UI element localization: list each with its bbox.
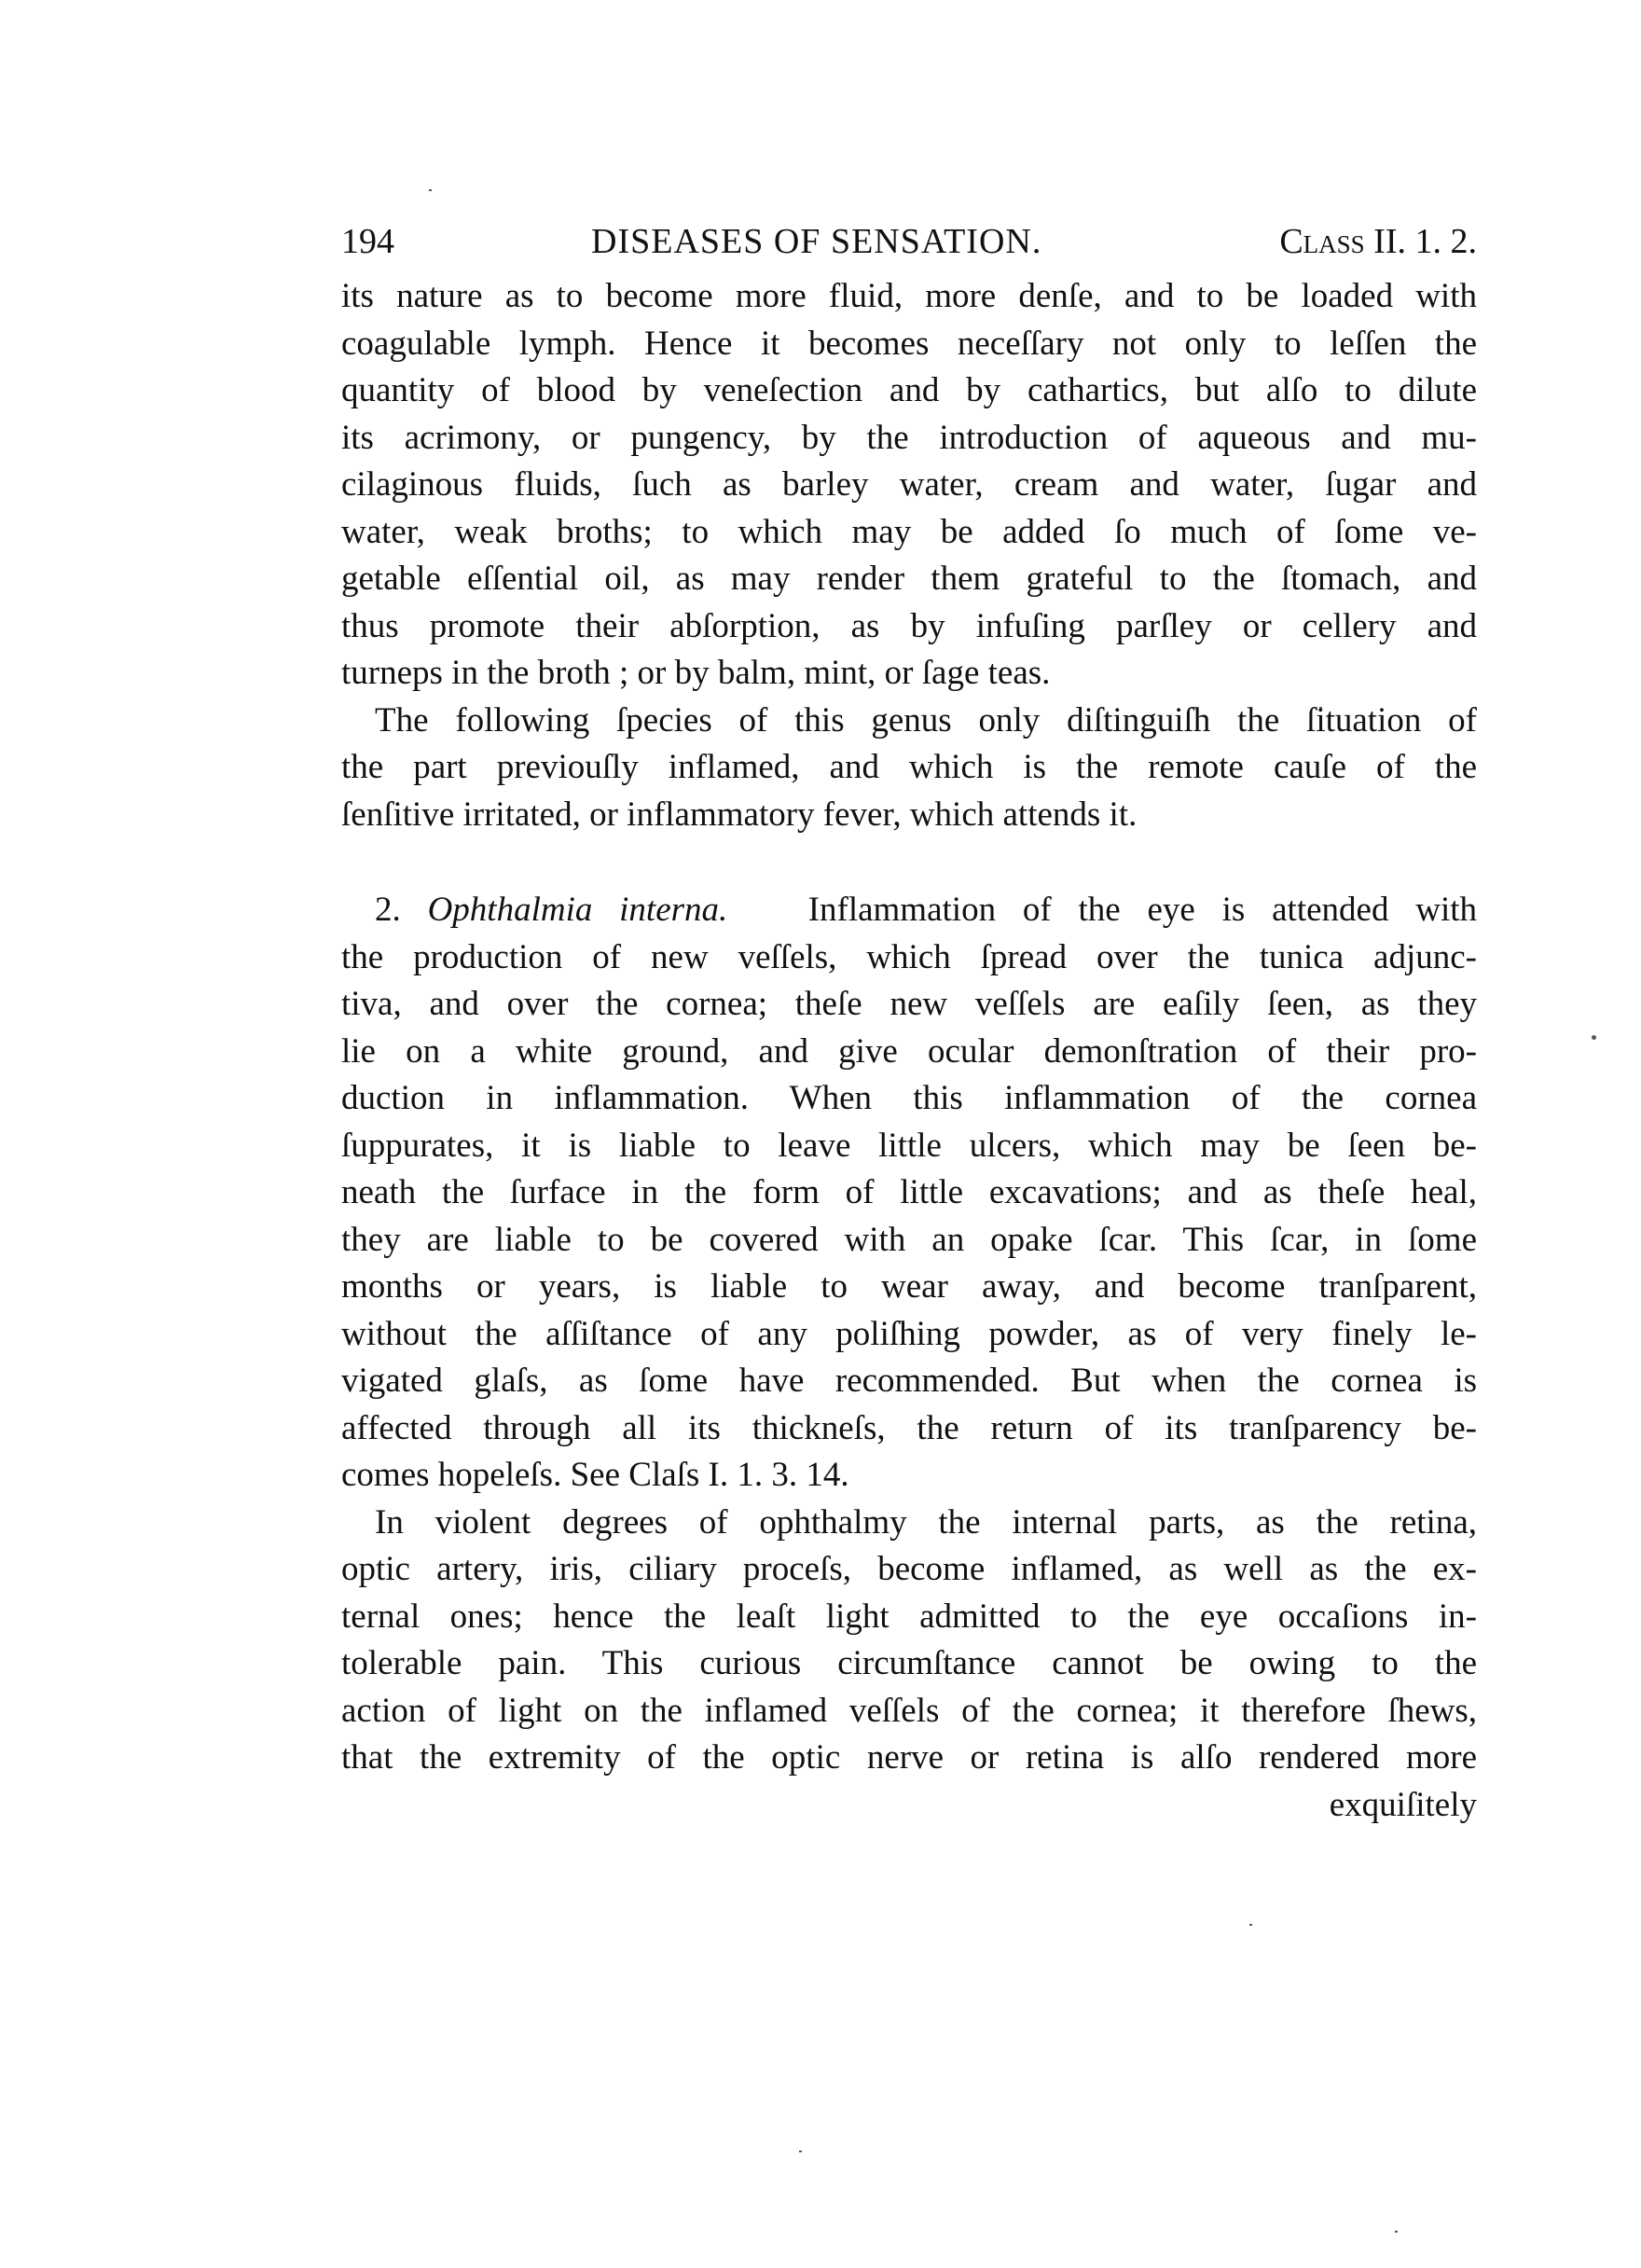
text-line: coagulable lymph. Hence it becomes neceſ…	[341, 321, 1477, 368]
text-line: without the aſſiſtance of any poliſhing …	[341, 1311, 1477, 1359]
paragraph-1: its nature as to become more fluid, more…	[341, 273, 1477, 698]
section-gap	[341, 838, 1477, 887]
species-name: Ophthalmia interna.	[428, 891, 728, 929]
text-line: water, weak broths; to which may be adde…	[341, 509, 1477, 557]
text-line: vigated glaſs, as ſome have recommended.…	[341, 1358, 1477, 1405]
text-line: affected through all its thickneſs, the …	[341, 1405, 1477, 1453]
text-line: action of light on the inflamed veſſels …	[341, 1688, 1477, 1736]
text-line: optic artery, iris, ciliary proceſs, bec…	[341, 1546, 1477, 1594]
text-line: comes hopeleſs. See Claſs I. 1. 3. 14.	[341, 1452, 1477, 1500]
scan-speck	[1592, 1035, 1596, 1040]
text-line: that the extremity of the optic nerve or…	[341, 1735, 1477, 1782]
text-line: tolerable pain. This curious circumſtanc…	[341, 1640, 1477, 1688]
paragraph-ophthalmia-interna: 2. Ophthalmia interna. Inflammation of t…	[341, 887, 1477, 1500]
species-number: 2.	[375, 891, 401, 929]
class-signature: Class II. 1. 2.	[1279, 216, 1477, 267]
running-title: DISEASES OF SENSATION.	[591, 216, 1041, 267]
paragraph-4: In violent degrees of ophthalmy the inte…	[341, 1500, 1477, 1782]
text-line: its acrimony, or pungency, by the introd…	[341, 415, 1477, 463]
text-line: duction in inflammation. When this infla…	[341, 1075, 1477, 1123]
text-line: turneps in the broth ; or by balm, mint,…	[341, 650, 1477, 698]
text-line: thus promote their abſorption, as by inf…	[341, 603, 1477, 651]
species-heading-line: 2. Ophthalmia interna. Inflammation of t…	[341, 887, 1477, 934]
text-line: quantity of blood by veneſection and by …	[341, 367, 1477, 415]
text-line: the production of new veſſels, which ſpr…	[341, 934, 1477, 982]
text-line: ternal ones; hence the leaſt light admit…	[341, 1594, 1477, 1641]
text-line: ſuppurates, it is liable to leave little…	[341, 1123, 1477, 1170]
scan-speck	[429, 189, 432, 191]
text-line: neath the ſurface in the form of little …	[341, 1169, 1477, 1217]
book-page: 194 DISEASES OF SENSATION. Class II. 1. …	[0, 0, 1641, 2268]
scan-speck	[1249, 1924, 1252, 1926]
text-line: lie on a white ground, and give ocular d…	[341, 1029, 1477, 1076]
text-line: The following ſpecies of this genus only…	[341, 698, 1477, 745]
text-line: cilaginous fluids, ſuch as barley water,…	[341, 462, 1477, 509]
text-line: ſenſitive irritated, or inflammatory fev…	[341, 792, 1477, 839]
text-line: its nature as to become more fluid, more…	[341, 273, 1477, 321]
running-header: 194 DISEASES OF SENSATION. Class II. 1. …	[341, 216, 1477, 267]
scan-speck	[799, 2150, 802, 2152]
text-line: they are liable to be covered with an op…	[341, 1217, 1477, 1265]
page-number: 194	[341, 216, 394, 267]
text-line-rest: Inflammation of the eye is attended with	[808, 891, 1477, 929]
text-line: getable eſſential oil, as may render the…	[341, 556, 1477, 603]
text-line: the part previouſly inflamed, and which …	[341, 744, 1477, 792]
text-line: months or years, is liable to wear away,…	[341, 1264, 1477, 1311]
text-line: In violent degrees of ophthalmy the inte…	[341, 1500, 1477, 1547]
catchword: exquiſitely	[341, 1782, 1477, 1830]
body-text: its nature as to become more fluid, more…	[341, 273, 1477, 1829]
text-line: tiva, and over the cornea; theſe new veſ…	[341, 981, 1477, 1029]
paragraph-2: The following ſpecies of this genus only…	[341, 698, 1477, 839]
scan-speck	[1319, 707, 1322, 709]
scan-speck	[1395, 2231, 1398, 2233]
